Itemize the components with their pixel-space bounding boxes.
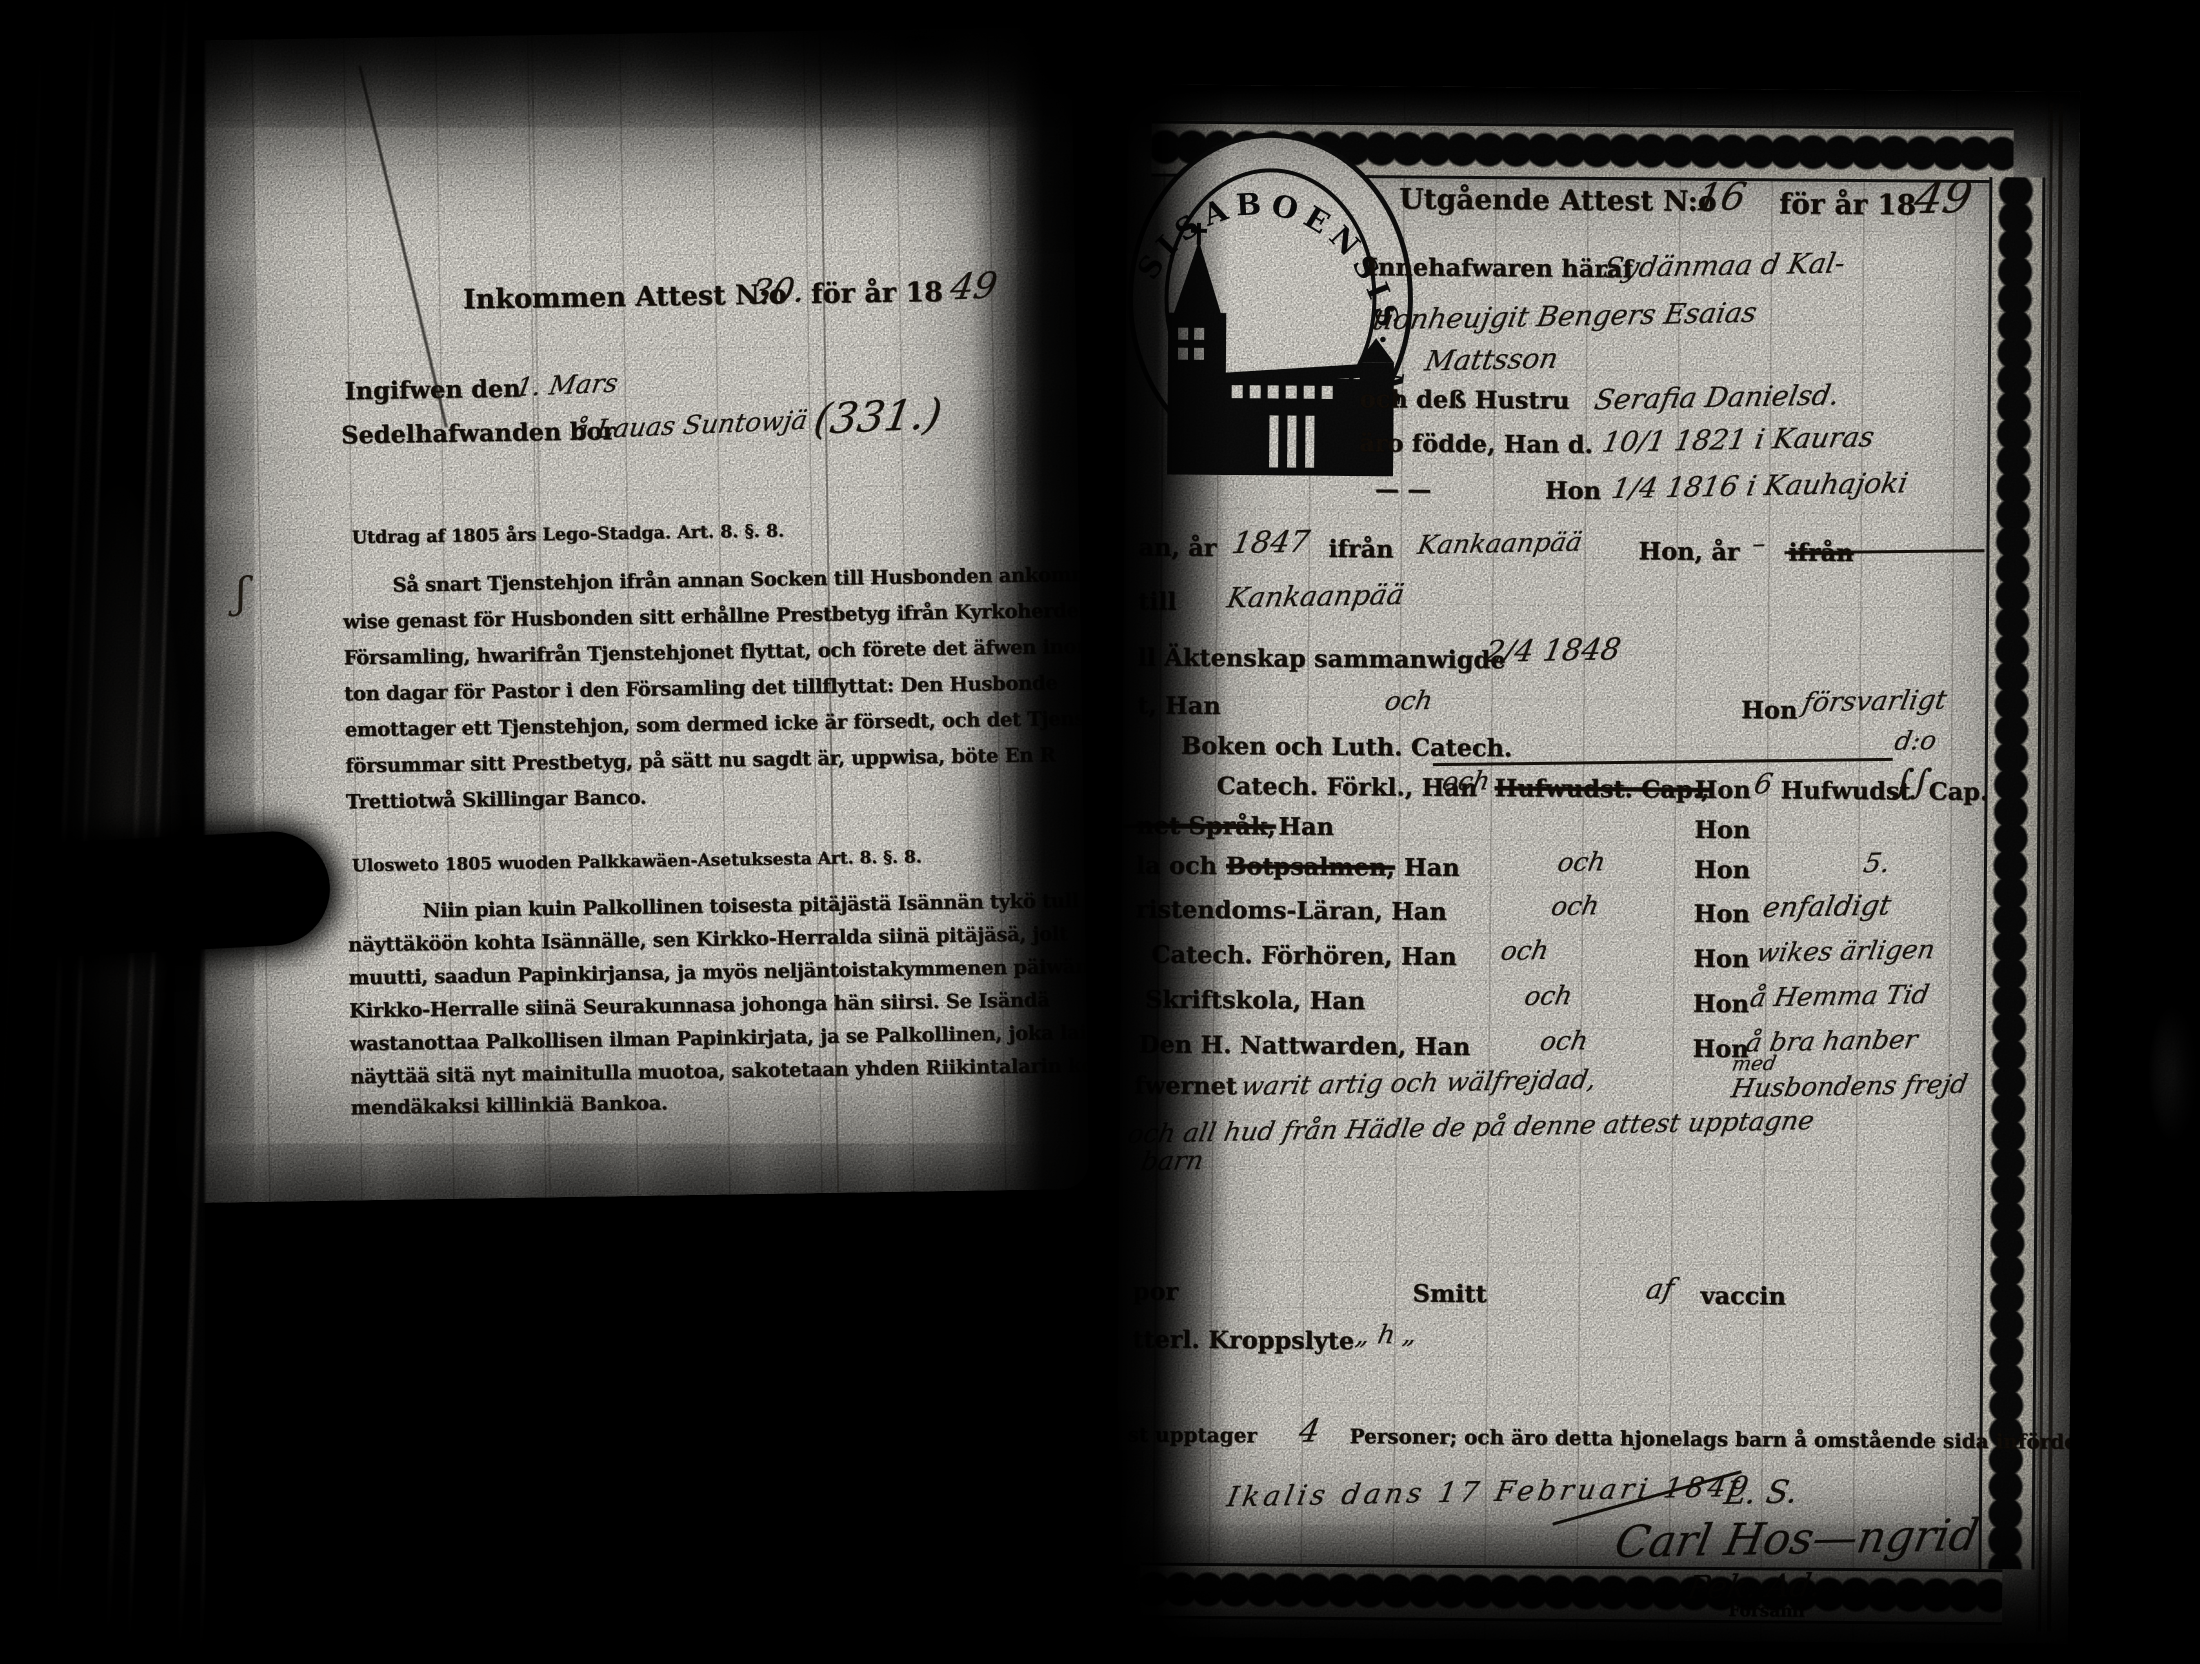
name-line-3: Mattsson bbox=[1422, 342, 1561, 378]
left-page: Inkommen Attest N:o 30. för år 18 49 Ing… bbox=[159, 27, 1089, 1203]
microfilm-scan: Inkommen Attest N:o 30. för år 18 49 Ing… bbox=[0, 0, 2200, 1664]
film-light-blob bbox=[2148, 1004, 2200, 1144]
name-line-2: tionheujgit Bengers Esaias bbox=[1370, 296, 1760, 337]
swedish-line: ton dagar för Pastor i den Församling de… bbox=[344, 671, 1058, 705]
she-column-label: Hon bbox=[1693, 944, 1749, 973]
holder-of-label: Innehafwaren häraf bbox=[1367, 252, 1633, 283]
wife-label: och deß Hustru bbox=[1360, 384, 1570, 415]
communion-och: och bbox=[1538, 1026, 1591, 1057]
margin-mark: ʃ bbox=[235, 568, 247, 617]
psalms-she-value: 5. bbox=[1861, 848, 1893, 879]
received-value: 1. Mars bbox=[514, 369, 621, 403]
born-he-value: 10/1 1821 i Kauras bbox=[1599, 420, 1877, 458]
moved-from-value: Kankaanpää bbox=[1415, 528, 1585, 561]
language-han: Han bbox=[1278, 811, 1334, 840]
conduct-value-2: Husbondens frejd bbox=[1729, 1070, 1970, 1105]
she-moved-dash: – bbox=[1750, 529, 1769, 559]
strike-line bbox=[1784, 549, 1984, 554]
reads-she-value: försvarligt bbox=[1800, 685, 1949, 719]
catechism-she-cap: Cap. bbox=[1928, 777, 1988, 806]
she-column-label: Hon bbox=[1693, 989, 1749, 1018]
born-she-value: 1/4 1816 i Kauhajoki bbox=[1609, 466, 1911, 505]
she-column-label: Hon bbox=[1694, 775, 1750, 804]
finnish-line: mendäkaksi killinkiä Bankoa. bbox=[351, 1091, 668, 1119]
she-column-label: Hon bbox=[1694, 899, 1750, 928]
finnish-heading: Ulosweto 1805 wuoden Palkkawäen-Asetukse… bbox=[352, 847, 922, 876]
psalms-och: och bbox=[1555, 847, 1608, 878]
holder-number: (331.) bbox=[810, 389, 945, 444]
psalms-struck: Botpsalmen, bbox=[1226, 851, 1395, 881]
conduct-above: med bbox=[1730, 1051, 1778, 1076]
book-gutter-shadow bbox=[970, 0, 1230, 1664]
catechism-och: och bbox=[1440, 767, 1493, 798]
attest-year-prefix: för år 18 bbox=[1779, 187, 1916, 221]
ornament-border-right bbox=[1978, 177, 2045, 1569]
left-attest-number: 30. bbox=[747, 270, 808, 312]
christianity-och: och bbox=[1549, 891, 1602, 922]
film-clip-shadow bbox=[43, 829, 333, 958]
christianity-she-value: enfaldigt bbox=[1760, 889, 1894, 924]
holder-value: å Lauas Suntowjä bbox=[570, 406, 810, 446]
psalms-han: Han bbox=[1404, 852, 1460, 881]
she-column-label: Hon bbox=[1694, 815, 1750, 844]
finnish-line: Kirkko-Herralle siinä Seurakunnasa johon… bbox=[349, 988, 1050, 1022]
reads-he-value: och bbox=[1382, 686, 1435, 717]
born-label: äro födde, Han d. bbox=[1359, 428, 1593, 459]
smallpox-label: Smitt bbox=[1413, 1279, 1487, 1309]
book-value: d:o bbox=[1892, 726, 1939, 757]
attest-number: 16 bbox=[1693, 175, 1750, 220]
catechism-struck: Hufwudst. Cap., bbox=[1494, 773, 1709, 804]
moved-from-label: ifrån bbox=[1328, 534, 1393, 564]
right-page: SISABOENSIS. MAGNI PRIN bbox=[1116, 84, 2080, 1643]
she-column-label: Hon bbox=[1694, 855, 1750, 884]
catechism-she-n: 6 bbox=[1751, 767, 1775, 800]
finnish-line: näyttäköön kohta Isännälle, sen Kirkko-H… bbox=[348, 922, 1068, 956]
catechism-label: Catech. Förkl., Han bbox=[1216, 771, 1477, 802]
she-label: Hon bbox=[1545, 476, 1601, 505]
signature-caption: Församl bbox=[1728, 1601, 1805, 1622]
attest-year: 49 bbox=[1910, 172, 1976, 224]
left-attest-title-prefix: Inkommen Attest N:o bbox=[463, 279, 787, 315]
dateline: Ikalis dans 17 Februari 1849 bbox=[1224, 1470, 1755, 1513]
attest-title-prefix: Utgående Attest N:o bbox=[1399, 182, 1717, 217]
book-label: Boken och Luth. Catech. bbox=[1181, 731, 1513, 763]
marriage-value: 2/4 1848 bbox=[1482, 632, 1624, 670]
swedish-heading: Utdrag af 1805 års Lego-Stadga. Art. 8. … bbox=[352, 521, 785, 548]
moved-year: 1847 bbox=[1229, 525, 1313, 561]
vaccine-label: vaccin bbox=[1701, 1281, 1787, 1311]
confirmation-she-value: å Hemma Tid bbox=[1748, 980, 1932, 1013]
examinations-she-value: wikes ärligen bbox=[1754, 935, 1937, 968]
holder-of-value: Sydänmaa d Kal- bbox=[1601, 247, 1848, 285]
signature: Carl Hos—ngrid bbox=[1611, 1510, 1983, 1568]
ornament-border-bottom bbox=[1140, 1562, 2002, 1625]
vaccine-hand: af bbox=[1643, 1272, 1677, 1305]
confirmation-och: och bbox=[1522, 981, 1575, 1012]
ditto-dashes: — — bbox=[1375, 474, 1432, 503]
examinations-och: och bbox=[1498, 936, 1551, 967]
she-moved-label: Hon, år bbox=[1638, 536, 1739, 566]
deformity-value: „ h „ bbox=[1353, 1320, 1419, 1351]
swedish-line: Trettiotwå Skillingar Banco. bbox=[346, 786, 647, 814]
left-attest-year-prefix: för år 18 bbox=[811, 277, 943, 310]
film-edge-texture bbox=[0, 0, 205, 1664]
persons-rest: Personer; och äro detta hjonelags barn å… bbox=[1349, 1424, 2080, 1454]
locus-sigilli: L. S. bbox=[1721, 1473, 1801, 1512]
conduct-value: warit artig och wälfrejdad, bbox=[1238, 1065, 1598, 1102]
wife-value: Serafia Danielsd. bbox=[1592, 379, 1843, 417]
swedish-line: försummar sitt Prestbetyg, på sätt nu sa… bbox=[345, 743, 1055, 777]
she-column-label: Hon bbox=[1741, 695, 1797, 724]
persons-count: 4 bbox=[1296, 1412, 1324, 1450]
to-value: Kankaanpää bbox=[1224, 578, 1407, 614]
